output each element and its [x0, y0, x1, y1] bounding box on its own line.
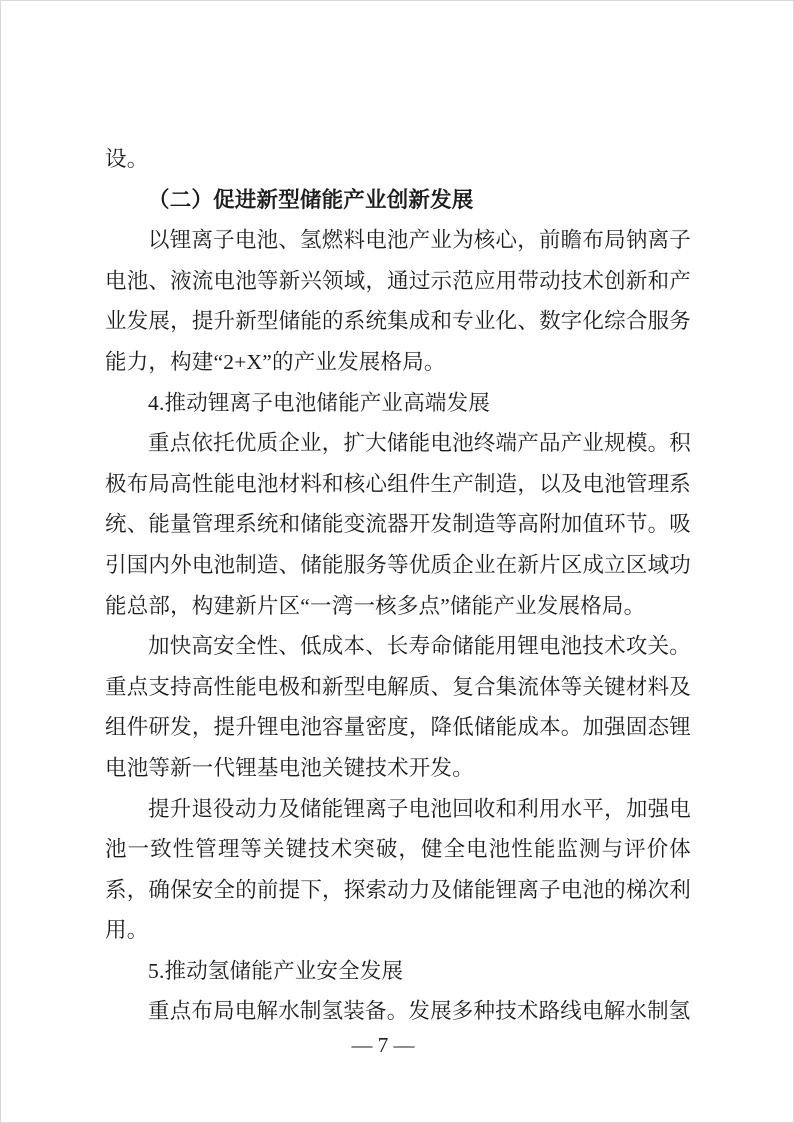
continuation-line: 设。 [105, 139, 691, 180]
body-paragraph: 以锂离子电池、氢燃料电池产业为核心，前瞻布局钠离子电池、液流电池等新兴领域，通过… [105, 220, 691, 382]
subsection-heading-4: 4.推动锂离子电池储能产业高端发展 [105, 383, 691, 424]
section-heading: （二）促进新型储能产业创新发展 [105, 180, 691, 221]
body-paragraph: 重点依托优质企业，扩大储能电池终端产品产业规模。积极布局高性能电池材料和核心组件… [105, 423, 691, 626]
body-paragraph: 重点布局电解水制氢装备。发展多种技术路线电解水制氢 [105, 991, 691, 1032]
document-body: 设。 （二）促进新型储能产业创新发展 以锂离子电池、氢燃料电池产业为核心，前瞻布… [105, 139, 691, 1032]
body-paragraph: 提升退役动力及储能锂离子电池回收和利用水平，加强电池一致性管理等关键技术突破，健… [105, 789, 691, 951]
document-page: { "document": { "content": [ { "type": "… [0, 0, 794, 1123]
body-paragraph: 加快高安全性、低成本、长寿命储能用锂电池技术攻关。重点支持高性能电极和新型电解质… [105, 626, 691, 788]
subsection-heading-5: 5.推动氢储能产业安全发展 [105, 951, 691, 992]
page-number: — 7 — [1, 1031, 765, 1059]
